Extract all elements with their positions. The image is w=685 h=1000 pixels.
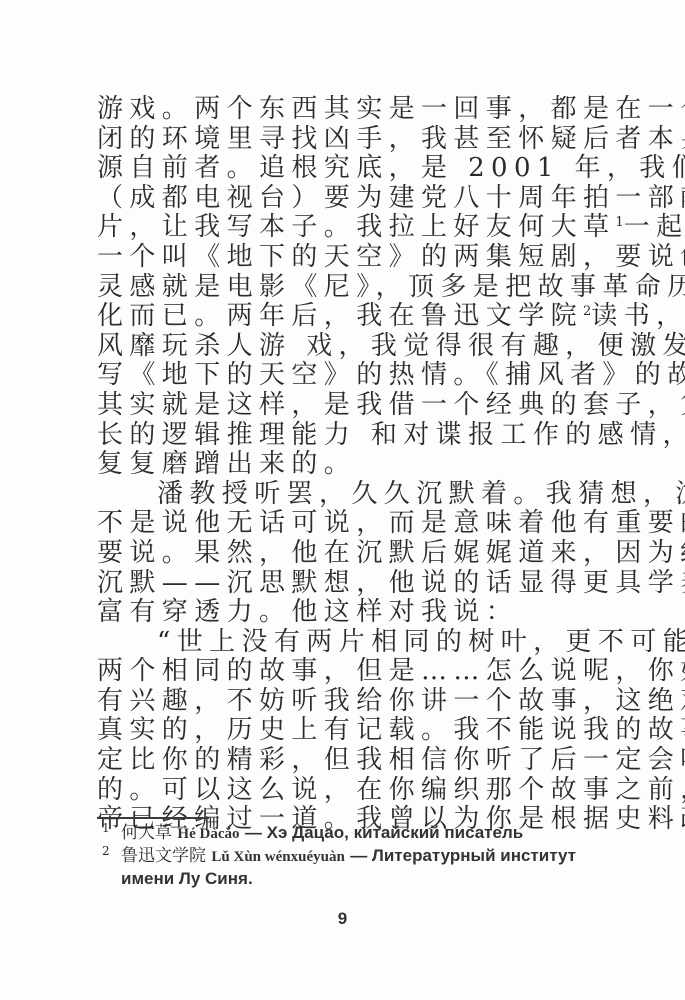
text-line: 化而已。两年后，我在鲁迅文学院2读书，同学中 — [97, 302, 567, 332]
text-segment: 一起编了 — [624, 212, 685, 242]
footnote-pinyin: Hé Dàcǎo — [177, 826, 239, 842]
footnotes: 1 何大草 Hé Dàcǎo — Хэ Дацао, китайский пис… — [97, 822, 577, 890]
footnote-1: 1 何大草 Hé Dàcǎo — Хэ Дацао, китайский пис… — [97, 822, 577, 845]
footnote-divider — [97, 817, 209, 819]
footnote-translation: имени Лу Синя. — [121, 869, 253, 888]
text-line: 沉默——沉思默想，他说的话显得更具学养而 — [97, 569, 567, 599]
text-line: 富有穿透力。他这样对我说： — [97, 598, 567, 628]
footnote-number: 1 — [102, 817, 110, 839]
text-segment: 片，让我写本子。我拉上好友何大草 — [97, 212, 615, 242]
text-line: 闭的环境里寻找凶手，我甚至怀疑后者本身就 — [97, 125, 567, 155]
footnote-translation: — Литературный институт — [350, 846, 576, 865]
footnote-pinyin: Lǔ Xùn wénxuéyuàn — [211, 849, 344, 865]
text-line: 片，让我写本子。我拉上好友何大草1一起编了 — [97, 213, 567, 243]
footnote-chinese: 何大草 — [121, 823, 172, 843]
footnote-2-continued: имени Лу Синя. — [97, 868, 577, 890]
text-line: 风靡玩杀人游 戏，我觉得很有趣，便激发了重 — [97, 332, 567, 362]
text-line: 两个相同的故事，但是……怎么说呢，你如果 — [97, 657, 567, 687]
text-line: 真实的，历史上有记载。我不能说我的故事一 — [97, 716, 567, 746]
text-line: 有兴趣，不妨听我给你讲一个故事，这绝对是 — [97, 687, 567, 717]
text-line: 的。可以这么说，在你编织那个故事之前，上 — [97, 776, 567, 806]
page-number: 9 — [0, 909, 685, 929]
text-line: 长的逻辑推理能力 和对谍报工作的感情，反反 — [97, 421, 567, 451]
text-line: 复复磨蹭出来的。 — [97, 450, 567, 480]
text-line: 不是说他无话可说，而是意味着他有重要的话 — [97, 509, 567, 539]
footnote-2: 2 鲁迅文学院 Lǔ Xùn wénxuéyuàn — Литературный… — [97, 845, 577, 868]
text-line: 定比你的精彩，但我相信你听了后一定会吃惊 — [97, 746, 567, 776]
text-line: 其实就是这样，是我借一个经典的套子，凭我擅 — [97, 391, 567, 421]
footnote-number: 2 — [102, 840, 110, 862]
book-page: 游戏。两个东西其实是一回事，都是在一个封 闭的环境里寻找凶手，我甚至怀疑后者本身… — [0, 0, 685, 1000]
text-line: 游戏。两个东西其实是一回事，都是在一个封 — [97, 95, 567, 125]
footnote-chinese: 鲁迅文学院 — [121, 846, 206, 866]
footnote-translation: — Хэ Дацао, китайский писатель — [245, 823, 523, 842]
text-segment: 读书，同学中 — [591, 301, 685, 331]
text-line: 灵感就是电影《尼》，顶多是把故事革命历史 — [97, 273, 567, 303]
paragraph-start-line: 潘教授听罢，久久沉默着。我猜想，沉默 — [97, 480, 567, 510]
main-text: 游戏。两个东西其实是一回事，都是在一个封 闭的环境里寻找凶手，我甚至怀疑后者本身… — [97, 95, 567, 835]
text-line: 源自前者。追根究底，是 2001 年，我们单位 — [97, 154, 567, 184]
text-line: （成都电视台）要为建党八十周年拍一部献礼 — [97, 184, 567, 214]
text-line: 要说。果然，他在沉默后娓娓道来，因为经过 — [97, 539, 567, 569]
text-line: 一个叫《地下的天空》的两集短剧，要说创作 — [97, 243, 567, 273]
paragraph-start-line: “世上没有两片相同的树叶，更不可能有 — [97, 628, 567, 658]
text-line: 写《地下的天空》的热情。《捕风者》的故事 — [97, 361, 567, 391]
footnote-marker-1[interactable]: 1 — [615, 215, 623, 230]
text-segment: 化而已。两年后，我在鲁迅文学院 — [97, 301, 583, 331]
